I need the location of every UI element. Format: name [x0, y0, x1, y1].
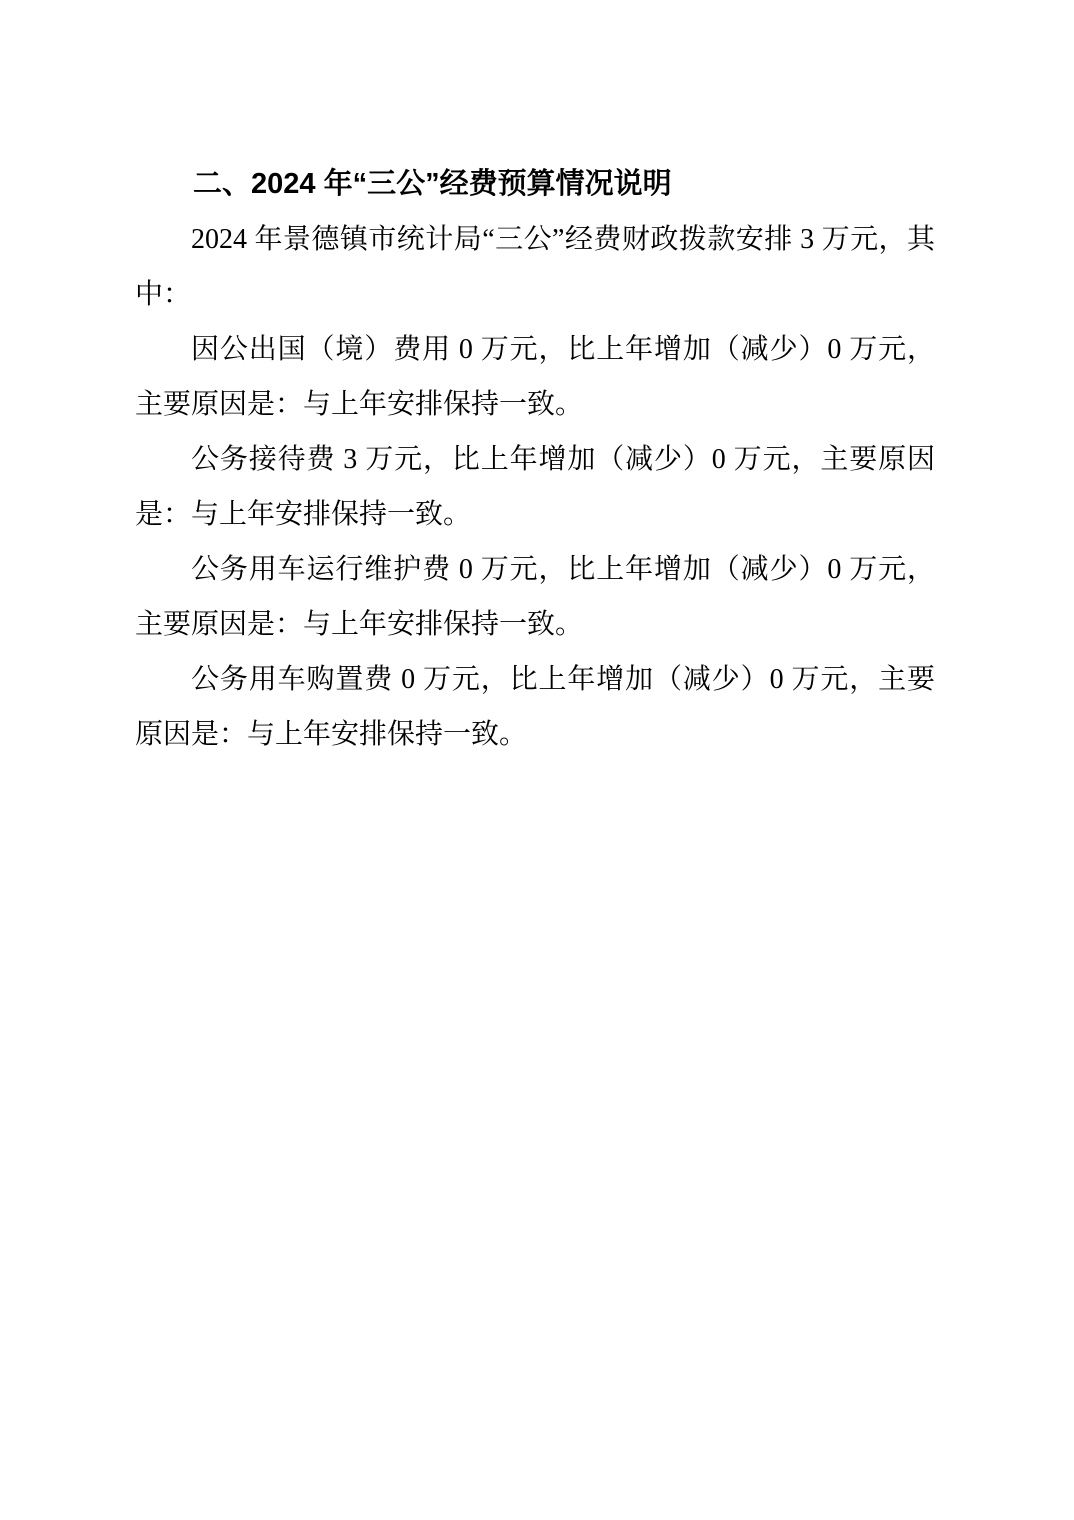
document-page: 二、2024 年“三公”经费预算情况说明 2024 年景德镇市统计局“三公”经费…: [0, 0, 1074, 1520]
paragraph-vehicle-purchase: 公务用车购置费 0 万元，比上年增加（减少）0 万元，主要原因是：与上年安排保持…: [135, 652, 935, 762]
section-heading: 二、2024 年“三公”经费预算情况说明: [135, 157, 935, 212]
paragraph-total-funding: 2024 年景德镇市统计局“三公”经费财政拨款安排 3 万元，其中：: [135, 212, 935, 322]
paragraph-vehicle-operation: 公务用车运行维护费 0 万元，比上年增加（减少）0 万元，主要原因是：与上年安排…: [135, 542, 935, 652]
paragraph-official-reception: 公务接待费 3 万元，比上年增加（减少）0 万元，主要原因是：与上年安排保持一致…: [135, 432, 935, 542]
paragraph-overseas-trips: 因公出国（境）费用 0 万元，比上年增加（减少）0 万元，主要原因是：与上年安排…: [135, 322, 935, 432]
